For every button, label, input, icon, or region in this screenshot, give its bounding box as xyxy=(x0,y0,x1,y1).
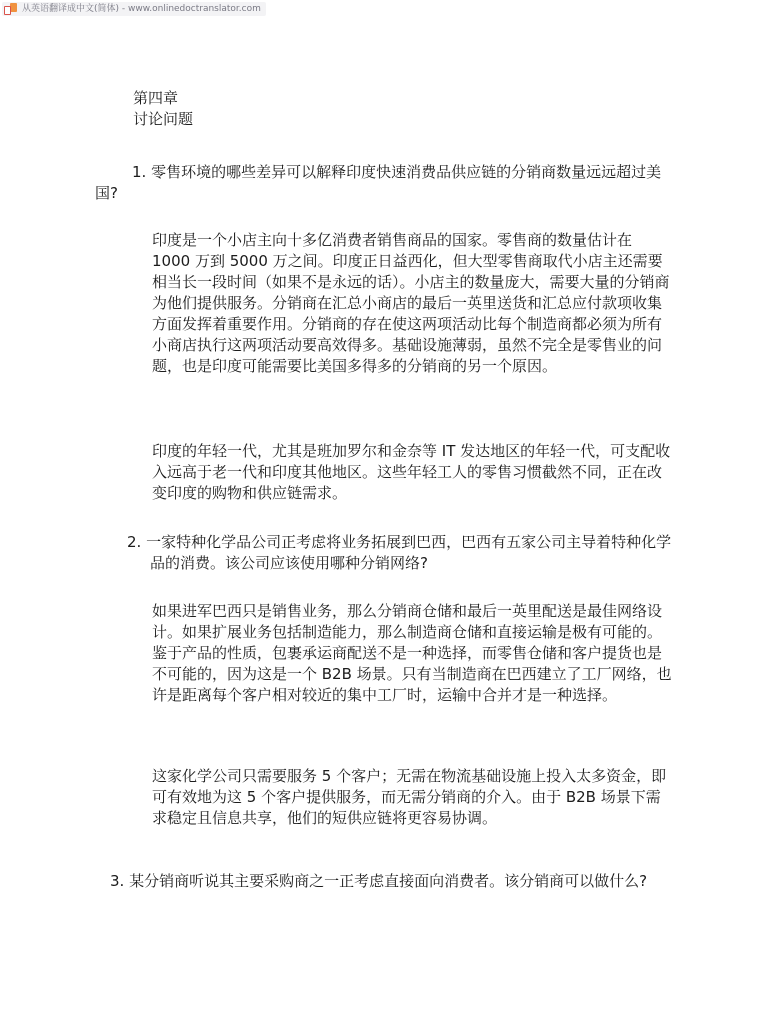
answer-1-paragraph-2: 印度的年轻一代，尤其是班加罗尔和金奈等 IT 发达地区的年轻一代，可支配收入远高… xyxy=(152,441,672,504)
red-page-shape xyxy=(4,6,11,15)
answer-2-paragraph-2: 这家化学公司只需要服务 5 个客户；无需在物流基础设施上投入太多资金，即可有效地… xyxy=(152,766,672,829)
translator-banner: 从英语翻译成中文(简体) - www.onlinedoctranslator.c… xyxy=(2,2,266,16)
chapter-title: 第四章 xyxy=(133,88,533,109)
question-2: 2. 一家特种化学品公司正考虑将业务拓展到巴西，巴西有五家公司主导着特种化学品的… xyxy=(127,532,675,574)
question-3: 3. 某分销商听说其主要采购商之一正考虑直接面向消费者。该分销商可以做什么? xyxy=(103,871,675,892)
question-1: 1. 零售环境的哪些差异可以解释印度快速消费品供应链的分销商数量远远超过美国? xyxy=(95,162,673,204)
translated-document-page: 从英语翻译成中文(简体) - www.onlinedoctranslator.c… xyxy=(0,0,768,1024)
translator-pages-icon xyxy=(4,3,18,15)
document-title: 第四章 讨论问题 xyxy=(133,88,533,130)
answer-2-paragraph-1: 如果进军巴西只是销售业务，那么分销商仓储和最后一英里配送是最佳网络设计。如果扩展… xyxy=(152,601,672,706)
section-title: 讨论问题 xyxy=(133,109,533,130)
translator-banner-link[interactable]: 从英语翻译成中文(简体) - www.onlinedoctranslator.c… xyxy=(22,3,261,15)
orange-page-shape xyxy=(10,3,17,12)
answer-1-paragraph-1: 印度是一个小店主向十多亿消费者销售商品的国家。零售商的数量估计在 1000 万到… xyxy=(152,230,672,377)
